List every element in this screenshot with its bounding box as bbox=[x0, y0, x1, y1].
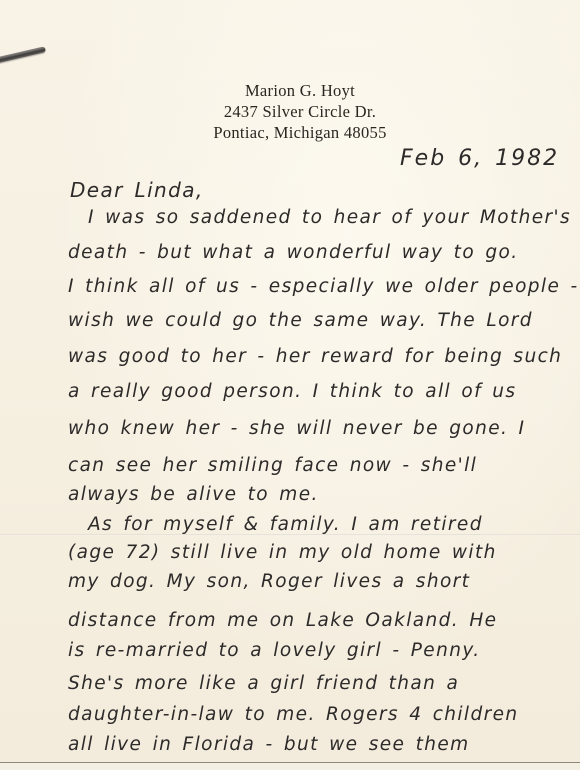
letter-line: daughter-in-law to me. Rogers 4 children bbox=[68, 704, 519, 725]
letter-date: Feb 6, 1982 bbox=[400, 146, 559, 171]
letter-line: was good to her - her reward for being s… bbox=[68, 346, 562, 367]
letter-line: wish we could go the same way. The Lord bbox=[68, 310, 533, 331]
letterhead: Marion G. Hoyt 2437 Silver Circle Dr. Po… bbox=[0, 80, 580, 143]
staple-icon bbox=[0, 46, 46, 64]
page-bottom-strip bbox=[0, 763, 580, 770]
letter-line: a really good person. I think to all of … bbox=[68, 381, 516, 402]
letter-line: I think all of us - especially we older … bbox=[68, 276, 579, 297]
salutation: Dear Linda, bbox=[70, 178, 204, 202]
letter-line: As for myself & family. I am retired bbox=[88, 514, 483, 535]
letter-line: (age 72) still live in my old home with bbox=[68, 542, 497, 563]
letter-line: She's more like a girl friend than a bbox=[68, 673, 459, 694]
letter-line: my dog. My son, Roger lives a short bbox=[68, 571, 470, 592]
sender-name: Marion G. Hoyt bbox=[20, 80, 580, 101]
letter-line: death - but what a wonderful way to go. bbox=[68, 242, 518, 263]
letter-line: always be alive to me. bbox=[68, 484, 319, 505]
letter-line: is re-married to a lovely girl - Penny. bbox=[68, 640, 481, 661]
letter-page: Marion G. Hoyt 2437 Silver Circle Dr. Po… bbox=[0, 0, 580, 770]
letter-line: I was so saddened to hear of your Mother… bbox=[88, 207, 571, 228]
letter-line: distance from me on Lake Oakland. He bbox=[68, 610, 497, 631]
sender-street: 2437 Silver Circle Dr. bbox=[20, 101, 580, 122]
letter-line: all live in Florida - but we see them bbox=[68, 734, 470, 755]
sender-city: Pontiac, Michigan 48055 bbox=[20, 122, 580, 143]
letter-line: who knew her - she will never be gone. I bbox=[68, 418, 525, 439]
letter-line: can see her smiling face now - she'll bbox=[68, 455, 477, 476]
